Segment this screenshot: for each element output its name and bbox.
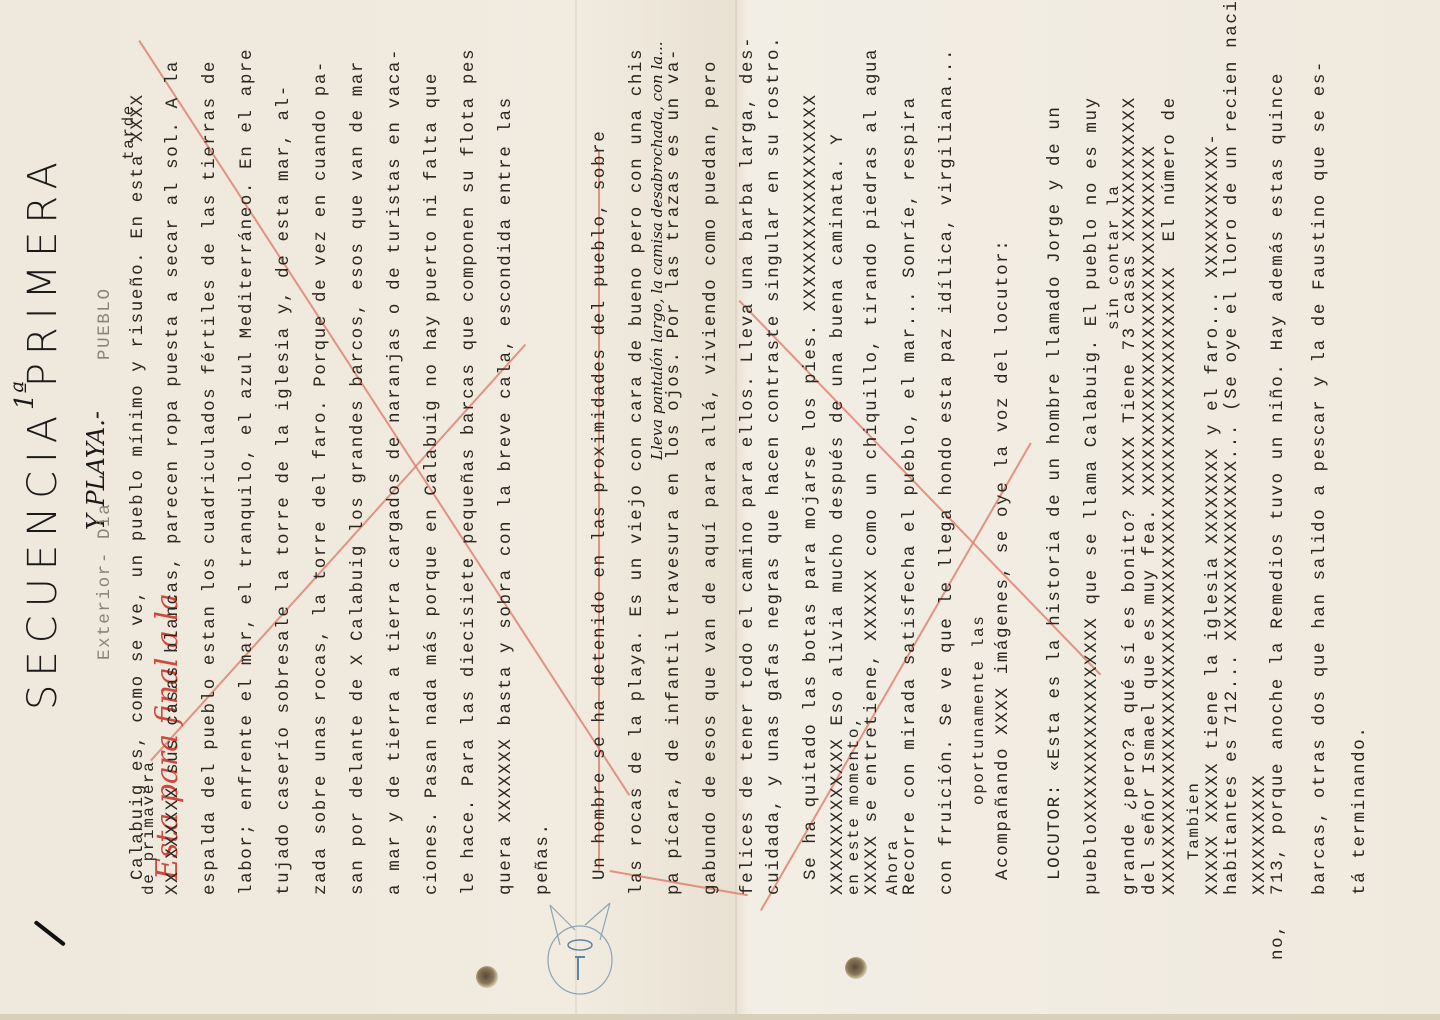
script-line: a mar y de tierra a tierra cargados de n…	[385, 48, 405, 895]
script-line: las rocas de la playa. Es un viejo con c…	[627, 48, 647, 895]
script-line: quera XXXXXXX basta y sobra con la breve…	[496, 96, 516, 895]
script-line: Se ha quitado las botas para mojarse los…	[801, 93, 821, 880]
script-line: Un hombre se ha detenido en las proximid…	[590, 130, 610, 880]
script-line: cuidada, y unas gafas negras que hacen c…	[764, 36, 784, 895]
script-line: zada sobre unas rocas, la torre del faro…	[311, 60, 331, 895]
script-line: le hace. Para las diecisiete pequeñas ba…	[459, 48, 479, 895]
script-line: Recorre con mirada satisfecha el pueblo,…	[900, 96, 920, 895]
location-label: PUEBLO	[95, 287, 115, 360]
interlinear-note: oportunamente las	[970, 615, 988, 805]
script-line: habitantes es 712... XXXXXXXXXXXXXXX... …	[1222, 0, 1242, 895]
script-line: XXXXX XXXXX tiene la iglesia XXXXXXXX y …	[1203, 133, 1223, 895]
script-line: 713, porque anoche la Remedios tuvo un n…	[1268, 72, 1288, 895]
script-line: LOCUTOR: «Esta es la historia de un homb…	[1045, 105, 1065, 880]
script-line: barcas, otras dos que han salido a pesca…	[1310, 60, 1330, 895]
margin-note: no,	[1268, 924, 1288, 960]
script-line: tujado caserío sobresale la torre de la …	[274, 84, 294, 895]
script-line: ciones. Pasan nada más porque en Calabui…	[422, 72, 442, 895]
script-line: XX XXXXXX sus casas blancas, parecen rop…	[163, 60, 183, 895]
script-line: peñas.	[533, 822, 553, 895]
rotated-script-body: 1ª SECUENCIA PRIMERA PUEBLO Y PLAYA.- Ex…	[0, 0, 1440, 1020]
script-line: felices de tener todo el camino para ell…	[738, 36, 758, 895]
script-line: grande ¿pero?a qué sí es bonito? XXXXX T…	[1120, 96, 1140, 895]
script-line: puebloXXXXXXXXXXXXXXXXX que se llama Cal…	[1082, 96, 1102, 895]
script-line: Acompañando XXXX imágenes, se oye la voz…	[993, 239, 1013, 880]
interlinear-note: Tambien	[1185, 782, 1203, 860]
script-line: XXXXXXXXXXXXX Eso alivia mucho después d…	[828, 133, 848, 895]
script-line: XXXXXXXXXX	[1250, 774, 1270, 895]
script-line: del señor Ismael que es muy fea. XXXXXXX…	[1140, 145, 1160, 895]
script-line: san por delante de X Calabuig los grande…	[348, 60, 368, 895]
script-line: labor; enfrente el mar, el tranquilo, el…	[237, 48, 257, 895]
script-line: XXXXX se entretiene, XXXXXX como un chiq…	[862, 48, 882, 895]
script-line: con fruición. Se ve que le llega hondo e…	[937, 48, 957, 895]
setting-label: Exterior- Dia	[95, 503, 115, 660]
script-line: XXXXXXXXXXXXXXXXXXXXXXXXXXXXXXXXXXXXXXXX…	[1160, 96, 1180, 895]
script-line: Calabuig es, como se ve, un pueblo mínim…	[128, 93, 148, 880]
script-line: gabundo de esos que van de aquí para all…	[701, 60, 721, 895]
paper-page: Esta para final a la 1ª SECUENCIA PRIMER…	[0, 0, 1440, 1020]
sequence-title: SECUENCIA PRIMERA	[20, 154, 66, 710]
script-line: espalda del pueblo estan los cuadriculad…	[200, 60, 220, 895]
script-line: pa pícara, de infantil travesura en los …	[664, 48, 684, 895]
script-line: tá terminando.	[1350, 726, 1370, 895]
